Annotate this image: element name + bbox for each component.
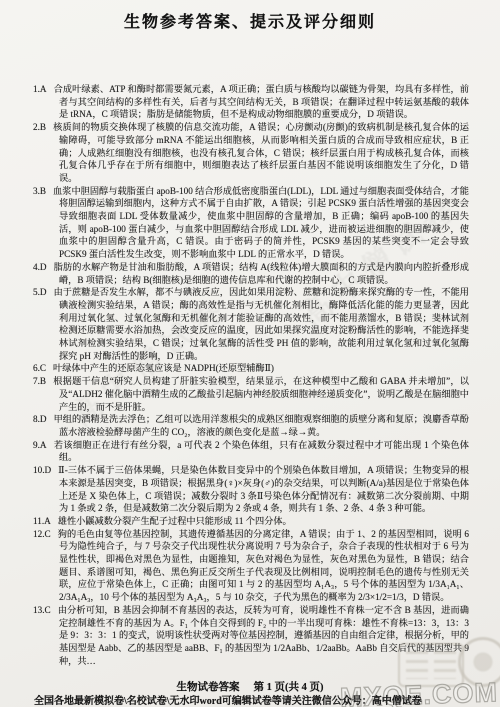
answer-item: 11.A雄性小鼷减数分裂产生配子过程中只能形成 11 个四分体。 — [33, 515, 469, 528]
answer-item: 8.D甲组的酒精是洗去浮色；乙组可以选用洋葱根尖的成熟区细胞观察细胞的质壁分离和… — [33, 413, 469, 438]
answer-item: 2.B核质间的物质交换体现了核膜的信息交流功能，A 错误；心房颤动(房颤)的致病… — [33, 121, 469, 185]
item-number: 1.A — [33, 84, 47, 94]
item-number: 7.B — [33, 376, 46, 386]
item-number: 2.B — [33, 122, 46, 132]
item-text: 由于蔗糖是否发生水解，都不与碘液反应，因此如果用淀粉、蔗糖和淀粉酶来探究酶的专一… — [54, 287, 469, 361]
item-number: 6.C — [33, 363, 46, 373]
item-text: 核质间的物质交换体现了核膜的信息交流功能，A 错误；心房颤动(房颤)的致病机制是… — [53, 122, 469, 183]
item-number: 4.D — [33, 262, 47, 272]
answer-item: 3.B血浆中胆固醇与载脂蛋白 apoB-100 结合形成低密度脂蛋白(LDL)，… — [33, 185, 469, 261]
exam-answer-page: 生物参考答案、提示及评分细则 高中僧试卷 高中僧试卷 1.A合成叶绿素、ATP … — [0, 0, 500, 707]
answer-item: 12.C狗的毛色由复等位基因控制，其遗传遵循基因的分离定律，A 错误；由于 1、… — [33, 528, 469, 604]
item-number: 8.D — [33, 414, 47, 424]
item-text: 合成叶绿素、ATP 和酶时都需要氮元素，A 项正确；蛋白质与核酸均以碳链为骨架，… — [54, 84, 469, 119]
answer-list: 1.A合成叶绿素、ATP 和酶时都需要氮元素，A 项正确；蛋白质与核酸均以碳链为… — [33, 83, 469, 679]
answer-item: 5.D由于蔗糖是否发生水解，都不与碘液反应，因此如果用淀粉、蔗糖和淀粉酶来探究酶… — [33, 286, 469, 362]
item-number: 11.A — [33, 516, 51, 526]
answer-item: 7.B根据题干信息“研究人员构建了肝脏实验模型，结果显示，在这种模型中乙酸和 G… — [33, 375, 469, 413]
item-number: 10.D — [33, 465, 51, 475]
item-number: 3.B — [33, 186, 46, 196]
promo-line: 全国各地最新模拟卷\名校试卷\无水印word可编辑试卷等请关注微信公众号：高中僧… — [34, 692, 422, 707]
item-text: 若该细胞正在进行有丝分裂，a 可代表 2 个染色体组，只有在减数分裂过程中才可能… — [54, 440, 469, 463]
item-text: 根据题干信息“研究人员构建了肝脏实验模型，结果显示，在这种模型中乙酸和 GABA… — [53, 376, 469, 411]
item-text: 狗的毛色由复等位基因控制，其遗传遵循基因的分离定律，A 错误；由于 1、2 的基… — [58, 529, 469, 603]
item-number: 9.A — [33, 440, 47, 450]
item-text: 脂肪的水解产物是甘油和脂肪酸，A 项错误；结构 A(线粒体)增大膜面积的方式是内… — [54, 262, 469, 285]
answer-item: 10.DⅡ-三体不属于三倍体果蝇，只是染色体数目变异中的个别染色体数目增加，A … — [33, 464, 469, 515]
item-text: 甲组的酒精是洗去浮色；乙组可以选用洋葱根尖的成熟区细胞观察细胞的质壁分离和复原；… — [54, 414, 469, 437]
answer-item: 9.A若该细胞正在进行有丝分裂，a 可代表 2 个染色体组，只有在减数分裂过程中… — [33, 439, 469, 464]
item-text: 由分析可知，B 基因会抑制不育基因的表达，反转为可育，说明雄性不育株一定不含 B… — [58, 605, 469, 666]
item-text: Ⅱ-三体不属于三倍体果蝇，只是染色体数目变异中的个别染色体数目增加，A 项错误；… — [58, 465, 469, 513]
answer-item: 6.C叶绿体中产生的还原态氢应该是 NADPH(还原型辅酶Ⅱ) — [33, 362, 469, 375]
page-title: 生物参考答案、提示及评分细则 — [0, 0, 500, 32]
answer-item: 13.C由分析可知，B 基因会抑制不育基因的表达，反转为可育，说明雄性不育株一定… — [33, 604, 469, 668]
item-text: 叶绿体中产生的还原态氢应该是 NADPH(还原型辅酶Ⅱ) — [53, 363, 274, 373]
item-text: 雄性小鼷减数分裂产生配子过程中只能形成 11 个四分体。 — [58, 516, 292, 526]
item-number: 12.C — [33, 529, 51, 539]
item-text: 血浆中胆固醇与载脂蛋白 apoB-100 结合形成低密度脂蛋白(LDL)，LDL… — [53, 186, 469, 260]
answer-item: 1.A合成叶绿素、ATP 和酶时都需要氮元素，A 项正确；蛋白质与核酸均以碳链为… — [33, 83, 469, 121]
answer-item: 4.D脂肪的水解产物是甘油和脂肪酸，A 项错误；结构 A(线粒体)增大膜面积的方… — [33, 261, 469, 286]
item-number: 5.D — [33, 287, 47, 297]
item-number: 13.C — [33, 605, 51, 615]
